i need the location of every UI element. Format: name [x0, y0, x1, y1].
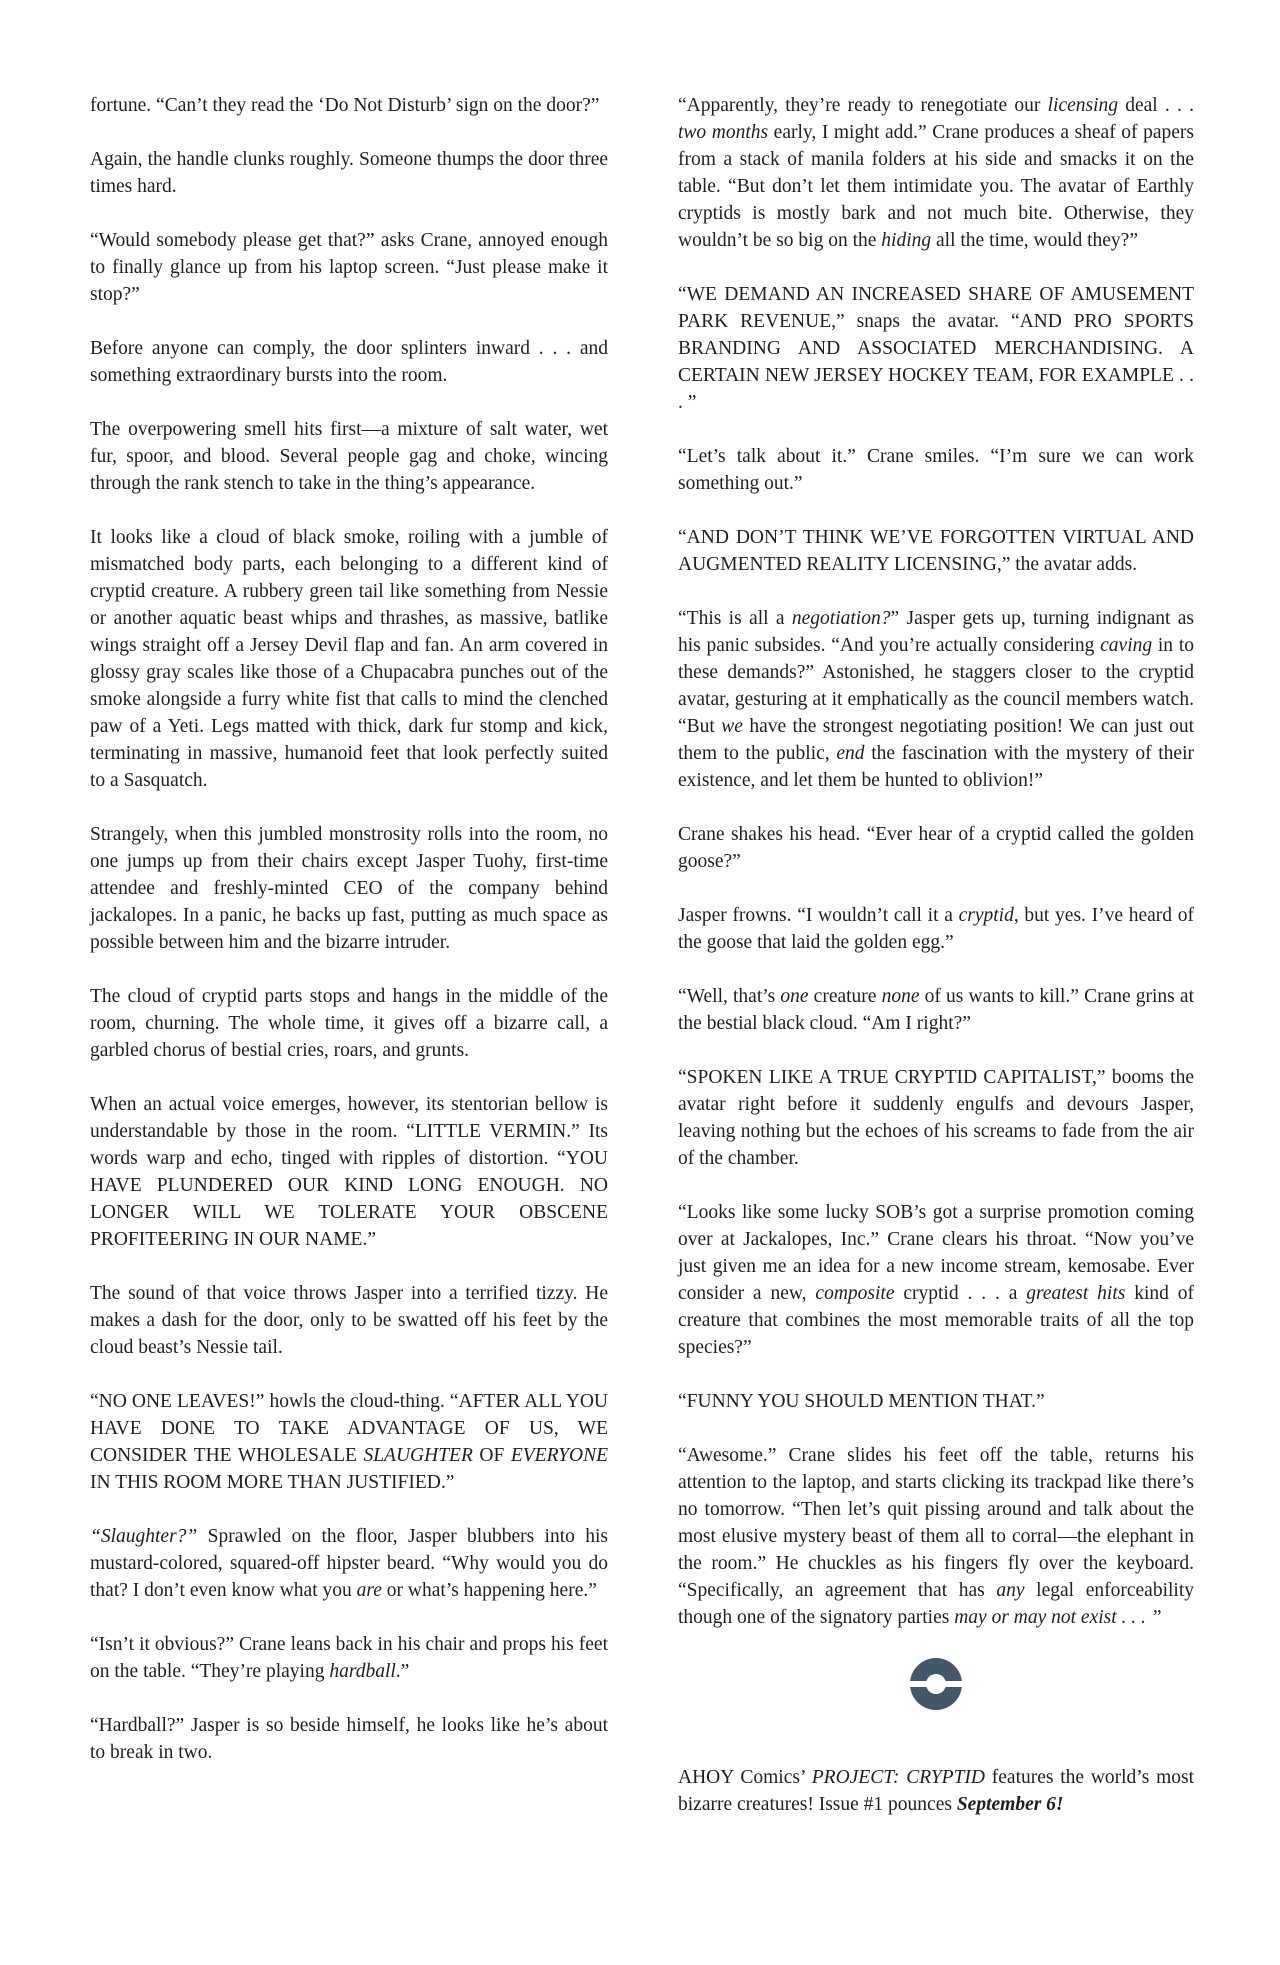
paragraph: Before anyone can comply, the door splin…: [90, 335, 608, 389]
paragraph: It looks like a cloud of black smoke, ro…: [90, 524, 608, 794]
text-segment: “Would somebody please get that?” asks C…: [90, 230, 608, 305]
text-segment: “Awesome.” Crane slides his feet off the…: [678, 1445, 1194, 1601]
text-segment: cryptid . . . a: [895, 1283, 1027, 1304]
text-segment: “Well, that’s: [678, 986, 780, 1007]
paragraph: “Apparently, they’re ready to renegotiat…: [678, 92, 1194, 254]
text-segment: none: [882, 986, 920, 1007]
paragraph: “FUNNY YOU SHOULD MENTION THAT.”: [678, 1388, 1194, 1415]
paragraph: “Well, that’s one creature none of us wa…: [678, 983, 1194, 1037]
paragraph: Crane shakes his head. “Ever hear of a c…: [678, 821, 1194, 875]
text-segment: .”: [396, 1661, 410, 1682]
logo-center-dot: [926, 1674, 946, 1694]
text-segment: September 6!: [957, 1794, 1064, 1815]
text-segment: Again, the handle clunks roughly. Someon…: [90, 149, 608, 197]
text-segment: we: [721, 716, 743, 737]
paragraph: Strangely, when this jumbled monstrosity…: [90, 821, 608, 956]
text-segment: “WE DEMAND AN INCREASED SHARE OF AMUSEME…: [678, 284, 1194, 413]
paragraph: Again, the handle clunks roughly. Someon…: [90, 146, 608, 200]
right-column-paragraphs: “Apparently, they’re ready to renegotiat…: [678, 92, 1194, 1631]
paragraph: “Awesome.” Crane slides his feet off the…: [678, 1442, 1194, 1631]
paragraph: “Isn’t it obvious?” Crane leans back in …: [90, 1631, 608, 1685]
text-segment: “This is all a: [678, 608, 792, 629]
footer-promo-text: AHOY Comics’ PROJECT: CRYPTID features t…: [678, 1764, 1194, 1818]
paragraph: “WE DEMAND AN INCREASED SHARE OF AMUSEME…: [678, 281, 1194, 416]
paragraph: “NO ONE LEAVES!” howls the cloud-thing. …: [90, 1388, 608, 1496]
paragraph: “AND DON’T THINK WE’VE FORGOTTEN VIRTUAL…: [678, 524, 1194, 578]
text-segment: The cloud of cryptid parts stops and han…: [90, 986, 608, 1061]
text-segment: “SPOKEN LIKE A TRUE CRYPTID CAPITALIST,”…: [678, 1067, 1194, 1169]
text-segment: “Slaughter?”: [90, 1526, 197, 1547]
paragraph: “Would somebody please get that?” asks C…: [90, 227, 608, 308]
paragraph: When an actual voice emerges, however, i…: [90, 1091, 608, 1253]
ahoy-comics-logo-icon: [910, 1658, 962, 1710]
text-segment: SLAUGHTER: [363, 1445, 472, 1466]
text-segment: hiding: [881, 230, 931, 251]
text-segment: creature: [809, 986, 882, 1007]
text-segment: EVERYONE: [511, 1445, 608, 1466]
text-segment: all the time, would they?”: [931, 230, 1138, 251]
magazine-page: fortune. “Can’t they read the ‘Do Not Di…: [0, 0, 1280, 1965]
text-segment: OF: [473, 1445, 511, 1466]
text-segment: hardball: [329, 1661, 395, 1682]
text-segment: The sound of that voice throws Jasper in…: [90, 1283, 608, 1358]
text-segment: IN THIS ROOM MORE THAN JUSTIFIED.”: [90, 1472, 454, 1493]
paragraph: “Let’s talk about it.” Crane smiles. “I’…: [678, 443, 1194, 497]
paragraph: The overpowering smell hits first—a mixt…: [90, 416, 608, 497]
text-segment: two months: [678, 122, 768, 143]
text-segment: one: [780, 986, 808, 1007]
paragraph: fortune. “Can’t they read the ‘Do Not Di…: [90, 92, 608, 119]
text-segment: any: [996, 1580, 1024, 1601]
text-segment: “Apparently, they’re ready to renegotiat…: [678, 95, 1048, 116]
paragraph: “This is all a negotiation?” Jasper gets…: [678, 605, 1194, 794]
text-segment: or what’s happening here.”: [382, 1580, 597, 1601]
paragraph: Jasper frowns. “I wouldn’t call it a cry…: [678, 902, 1194, 956]
text-column-left: fortune. “Can’t they read the ‘Do Not Di…: [90, 92, 608, 1793]
text-segment: are: [357, 1580, 382, 1601]
text-segment: “Hardball?” Jasper is so beside himself,…: [90, 1715, 608, 1763]
text-segment: It looks like a cloud of black smoke, ro…: [90, 527, 608, 791]
text-segment: Before anyone can comply, the door splin…: [90, 338, 608, 386]
text-segment: “Let’s talk about it.” Crane smiles. “I’…: [678, 446, 1194, 494]
text-segment: greatest hits: [1026, 1283, 1125, 1304]
text-segment: caving: [1100, 635, 1152, 656]
text-segment: fortune. “Can’t they read the ‘Do Not Di…: [90, 95, 599, 116]
paragraph: The cloud of cryptid parts stops and han…: [90, 983, 608, 1064]
text-segment: negotiation?: [792, 608, 891, 629]
text-segment: deal . . .: [1118, 95, 1194, 116]
paragraph: The sound of that voice throws Jasper in…: [90, 1280, 608, 1361]
text-segment: Strangely, when this jumbled monstrosity…: [90, 824, 608, 953]
text-segment: Crane shakes his head. “Ever hear of a c…: [678, 824, 1194, 872]
text-segment: PROJECT: CRYPTID: [812, 1767, 985, 1788]
text-segment: licensing: [1048, 95, 1118, 116]
text-segment: cryptid: [959, 905, 1014, 926]
paragraph: “SPOKEN LIKE A TRUE CRYPTID CAPITALIST,”…: [678, 1064, 1194, 1172]
paragraph: “Looks like some lucky SOB’s got a surpr…: [678, 1199, 1194, 1361]
text-segment: composite: [815, 1283, 894, 1304]
paragraph: “Slaughter?” Sprawled on the floor, Jasp…: [90, 1523, 608, 1604]
paragraph: “Hardball?” Jasper is so beside himself,…: [90, 1712, 608, 1766]
text-segment: may or may not exist . . . ”: [954, 1607, 1161, 1628]
text-column-right: “Apparently, they’re ready to renegotiat…: [678, 92, 1194, 1818]
text-segment: AHOY Comics’: [678, 1767, 812, 1788]
text-segment: Jasper frowns. “I wouldn’t call it a: [678, 905, 959, 926]
text-segment: end: [836, 743, 864, 764]
text-segment: When an actual voice emerges, however, i…: [90, 1094, 608, 1250]
text-segment: The overpowering smell hits first—a mixt…: [90, 419, 608, 494]
text-segment: “AND DON’T THINK WE’VE FORGOTTEN VIRTUAL…: [678, 527, 1194, 575]
text-segment: “FUNNY YOU SHOULD MENTION THAT.”: [678, 1391, 1045, 1412]
